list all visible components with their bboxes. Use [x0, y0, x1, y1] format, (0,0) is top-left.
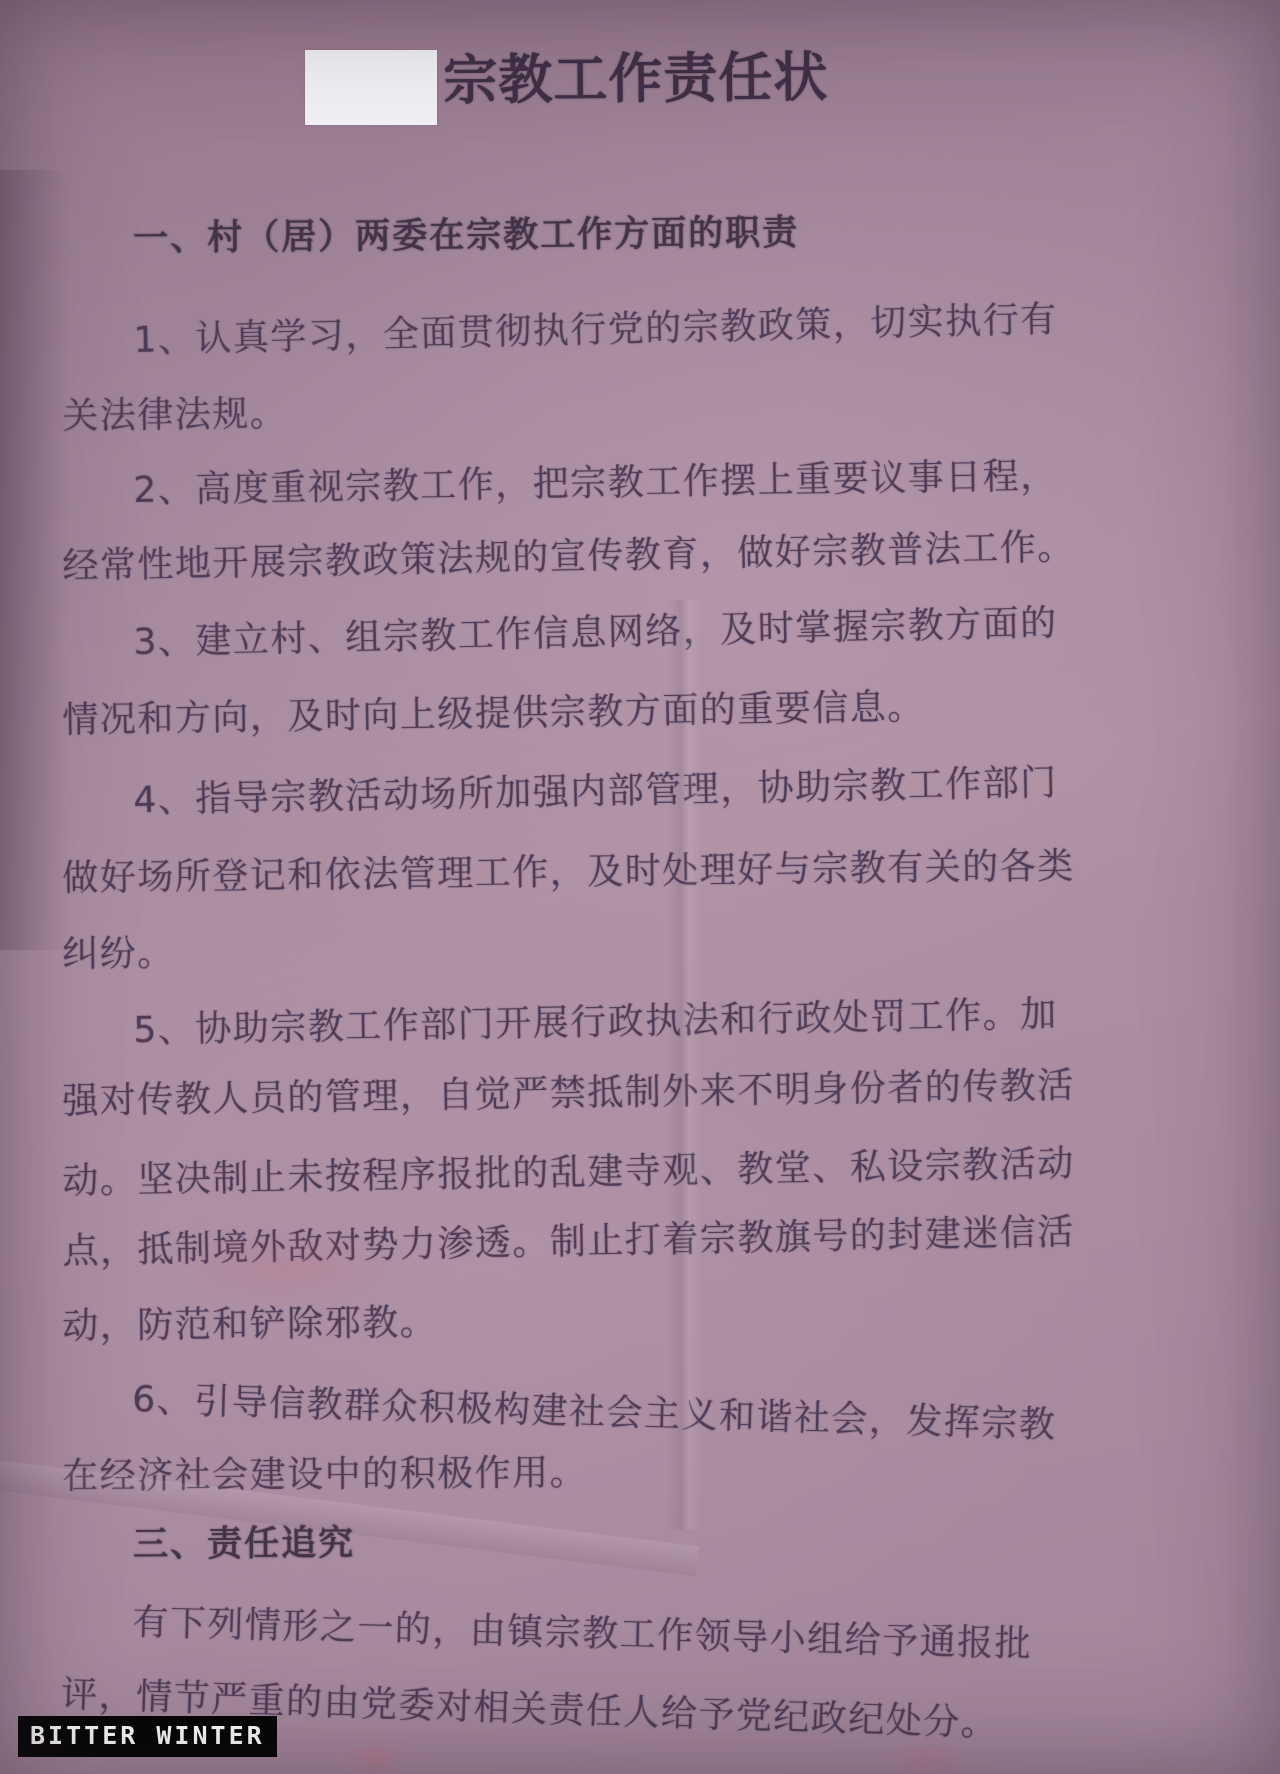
clause-1-line-1: 1、认真学习，全面贯彻执行党的宗教政策，切实执行有 [133, 295, 1058, 366]
clause-6-line-2: 在经济社会建设中的积极作用。 [62, 1448, 587, 1502]
clause-5-line-1: 5、协助宗教工作部门开展行政执法和行政处罚工作。加 [133, 990, 1058, 1056]
section-3-heading: 三、责任追究 [133, 1519, 355, 1570]
clause-6-line-1: 6、引导信教群众积极构建社会主义和谐社会，发挥宗教 [132, 1375, 1057, 1451]
clause-5-line-2: 强对传教人员的管理，自觉严禁抵制外来不明身份者的传教活 [62, 1061, 1075, 1127]
clause-4-line-3: 纠纷。 [62, 929, 175, 980]
paper-edge-shadow [0, 170, 70, 950]
bitter-winter-watermark: BITTER WINTER [18, 1716, 277, 1757]
clause-3-line-1: 3、建立村、组宗教工作信息网络，及时掌握宗教方面的 [133, 599, 1058, 668]
redaction-box [305, 50, 437, 125]
red-stain [340, 1738, 410, 1774]
clause-5-line-5: 动，防范和铲除邪教。 [62, 1298, 438, 1352]
document-title: 宗教工作责任状 [443, 39, 829, 120]
section-1-heading: 一、村（居）两委在宗教工作方面的职责 [133, 208, 799, 264]
clause-1-line-2: 关法律法规。 [62, 389, 288, 442]
clause-2-line-2: 经常性地开展宗教政策法规的宣传教育，做好宗教普法工作。 [62, 523, 1075, 592]
clause-2-line-1: 2、高度重视宗教工作，把宗教工作摆上重要议事日程， [133, 451, 1058, 516]
clause-3-line-2: 情况和方向，及时向上级提供宗教方面的重要信息。 [62, 682, 925, 746]
clause-7-line-1: 有下列情形之一的，由镇宗教工作领导小组给予通报批 [132, 1598, 1033, 1670]
clause-5-line-4: 点，抵制境外敌对势力渗透。制止打着宗教旗号的封建迷信活 [62, 1208, 1075, 1277]
photographed-document: 宗教工作责任状 一、村（居）两委在宗教工作方面的职责 1、认真学习，全面贯彻执行… [0, 0, 1280, 1774]
clause-5-line-3: 动。坚决制止未按程序报批的乱建寺观、教堂、私设宗教活动 [62, 1139, 1075, 1207]
clause-4-line-2: 做好场所登记和依法管理工作，及时处理好与宗教有关的各类 [62, 842, 1075, 904]
clause-4-line-1: 4、指导宗教活动场所加强内部管理，协助宗教工作部门 [133, 758, 1058, 826]
